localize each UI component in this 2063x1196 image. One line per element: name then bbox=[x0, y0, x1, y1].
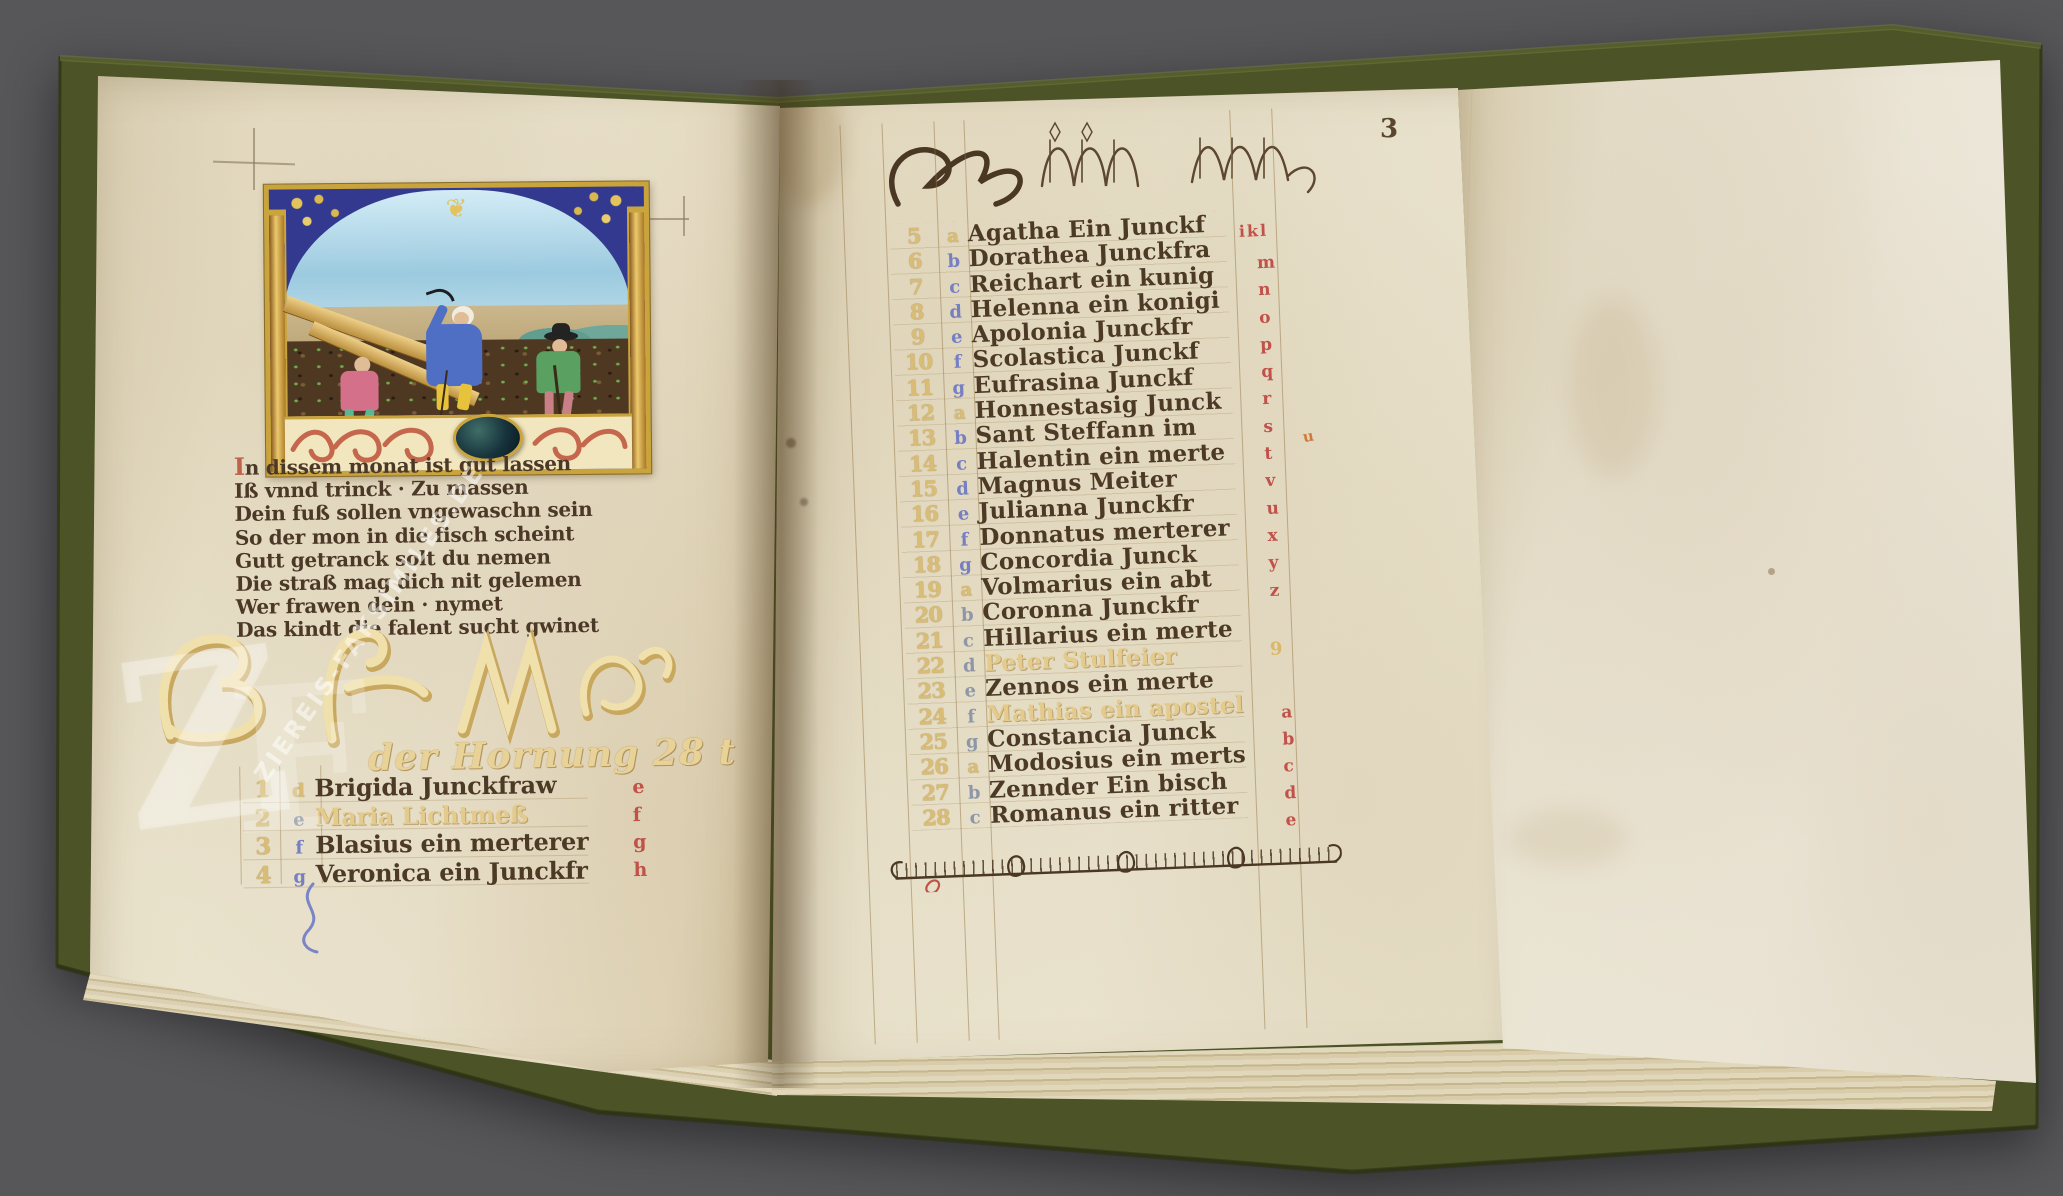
margin-letter: a bbox=[1281, 702, 1294, 729]
margin-letter: q bbox=[1261, 362, 1280, 390]
dominical-letter: e bbox=[948, 503, 979, 525]
margin-letter: x bbox=[1267, 525, 1286, 553]
dominical-letter: f bbox=[949, 529, 980, 551]
dominical-letter: g bbox=[957, 731, 988, 753]
margin-letter: s bbox=[1263, 416, 1282, 444]
day-number: 12 bbox=[896, 399, 945, 426]
day-number: 14 bbox=[898, 450, 947, 477]
dominical-letter: e bbox=[283, 809, 315, 830]
parchment-texture bbox=[1448, 48, 2050, 1120]
margin-letter: v bbox=[1265, 471, 1284, 499]
dominical-letter: d bbox=[954, 655, 985, 677]
day-number: 28 bbox=[912, 804, 961, 831]
spandrel-ornament-right bbox=[558, 189, 628, 238]
pencil-cross-mark bbox=[253, 128, 255, 190]
day-number: 16 bbox=[900, 501, 949, 528]
parchment-stain bbox=[1508, 808, 1628, 868]
day-number: 27 bbox=[911, 779, 960, 806]
margin-letter: u bbox=[1266, 498, 1285, 526]
dominical-letter: a bbox=[944, 402, 975, 424]
margin-letter: e bbox=[632, 776, 646, 804]
verse-block: In dissem monat ist gut lassenIß vnnd tr… bbox=[234, 449, 657, 642]
day-number: 11 bbox=[895, 374, 944, 401]
blank-right-leaf bbox=[1448, 48, 2050, 1120]
day-number: 1 bbox=[242, 776, 282, 804]
dominical-letter: b bbox=[952, 604, 983, 626]
dominical-letter: e bbox=[955, 680, 986, 702]
margin-letter: t bbox=[1264, 443, 1283, 471]
day-number: 22 bbox=[906, 652, 955, 679]
day-number: 13 bbox=[897, 425, 946, 452]
dominical-letter: b bbox=[938, 251, 969, 273]
saint-name: Blasius ein merterer bbox=[315, 827, 589, 860]
dominical-letter: c bbox=[953, 630, 984, 652]
margin-letter: g bbox=[633, 831, 647, 859]
day-number: 26 bbox=[910, 753, 959, 780]
peasant-with-sickle bbox=[408, 300, 499, 431]
pencil-cross-mark bbox=[683, 196, 685, 236]
day-number: 2 bbox=[243, 804, 283, 832]
comb-ornament bbox=[889, 830, 1342, 893]
dominical-letter: d bbox=[940, 301, 971, 323]
day-number: 6 bbox=[890, 248, 939, 275]
day-number: 10 bbox=[894, 349, 943, 376]
day-number: 23 bbox=[907, 677, 956, 704]
day-number: 18 bbox=[902, 551, 951, 578]
margin-letter: p bbox=[1260, 334, 1279, 362]
margin-letter: n bbox=[1258, 280, 1277, 308]
parchment-stain bbox=[1768, 568, 1775, 575]
margin-letter: h bbox=[633, 858, 647, 886]
day-number: 3 bbox=[243, 833, 283, 861]
dominical-letter: c bbox=[946, 453, 977, 475]
day-number: 9 bbox=[893, 324, 942, 351]
ruled-line bbox=[839, 125, 875, 1044]
calendar-row: 1 d Brigida Junckfraw bbox=[242, 770, 588, 803]
margin-letter: c bbox=[1283, 756, 1296, 783]
manuscript-photo: ❦ bbox=[0, 0, 2063, 1196]
left-page: ❦ bbox=[85, 70, 785, 1080]
dominical-letter: f bbox=[942, 352, 973, 374]
keystone-fleuron: ❦ bbox=[445, 194, 467, 224]
dominical-letter: g bbox=[950, 554, 981, 576]
dominical-letter: f bbox=[283, 837, 315, 858]
margin-letter: z bbox=[1269, 580, 1288, 608]
margin-letter: y bbox=[1268, 553, 1287, 581]
day-number: 17 bbox=[901, 526, 950, 553]
calendar-miniature: ❦ bbox=[264, 181, 652, 476]
margin-letter-column: efgh bbox=[632, 776, 647, 886]
dominical-letter: d bbox=[947, 478, 978, 500]
dominical-letter: c bbox=[939, 276, 970, 298]
dominical-letter: f bbox=[956, 706, 987, 728]
calendar-table: 1 d Brigida Junckfraw 2 e Maria Lichtmeß… bbox=[242, 770, 589, 889]
penwork-flourish-bottom bbox=[889, 830, 1342, 893]
day-number: 21 bbox=[905, 627, 954, 654]
margin-letter: d bbox=[1284, 783, 1297, 810]
day-number: 25 bbox=[909, 728, 958, 755]
saint-name: Veronica ein Junckfr bbox=[315, 855, 587, 888]
margin-letter: b bbox=[1282, 729, 1295, 756]
dominical-letter: a bbox=[958, 756, 989, 778]
margin-letter: r bbox=[1262, 389, 1281, 417]
gold-cadel-flourish bbox=[140, 615, 680, 750]
margin-numeral: 9 bbox=[1270, 639, 1283, 660]
right-page-content: 5 a Agatha Ein Junckf 6 b Dorathea Junck… bbox=[769, 73, 1552, 1101]
saint-name: Maria Lichtmeß bbox=[315, 799, 528, 831]
saint-name: Brigida Junckfraw bbox=[314, 770, 556, 802]
day-number: 8 bbox=[892, 298, 941, 325]
dominical-letter: d bbox=[282, 780, 314, 801]
day-number: 5 bbox=[889, 222, 938, 249]
parchment-stain bbox=[1568, 298, 1658, 478]
day-number: 19 bbox=[903, 576, 952, 603]
day-number: 15 bbox=[899, 475, 948, 502]
dominical-letter: g bbox=[943, 377, 974, 399]
dominical-letter: a bbox=[951, 579, 982, 601]
margin-letter: f bbox=[633, 803, 647, 831]
day-number: 4 bbox=[243, 861, 283, 889]
gold-pillar-left bbox=[269, 216, 286, 472]
margin-letter: o bbox=[1259, 307, 1278, 335]
gutter-shadow bbox=[733, 80, 819, 1088]
dominical-letter: a bbox=[937, 225, 968, 247]
right-page: 3 5 a Agatha Ein Junckf bbox=[770, 78, 1515, 1078]
day-number: 24 bbox=[908, 703, 957, 730]
dominical-letter: e bbox=[941, 326, 972, 348]
saints-list: 5 a Agatha Ein Junckf 6 b Dorathea Junck… bbox=[889, 211, 1248, 831]
margin-letter: m bbox=[1257, 253, 1276, 281]
spandrel-ornament-left bbox=[285, 191, 355, 240]
margin-gloss: u bbox=[1301, 427, 1315, 447]
margin-letters-top: ikl bbox=[1238, 221, 1268, 241]
day-number: 7 bbox=[891, 273, 940, 300]
day-number: 20 bbox=[904, 602, 953, 629]
blue-flourish-descender bbox=[291, 882, 335, 958]
dominical-letter: b bbox=[945, 428, 976, 450]
dominical-letter: b bbox=[959, 781, 990, 803]
dominical-letter: c bbox=[960, 807, 991, 829]
